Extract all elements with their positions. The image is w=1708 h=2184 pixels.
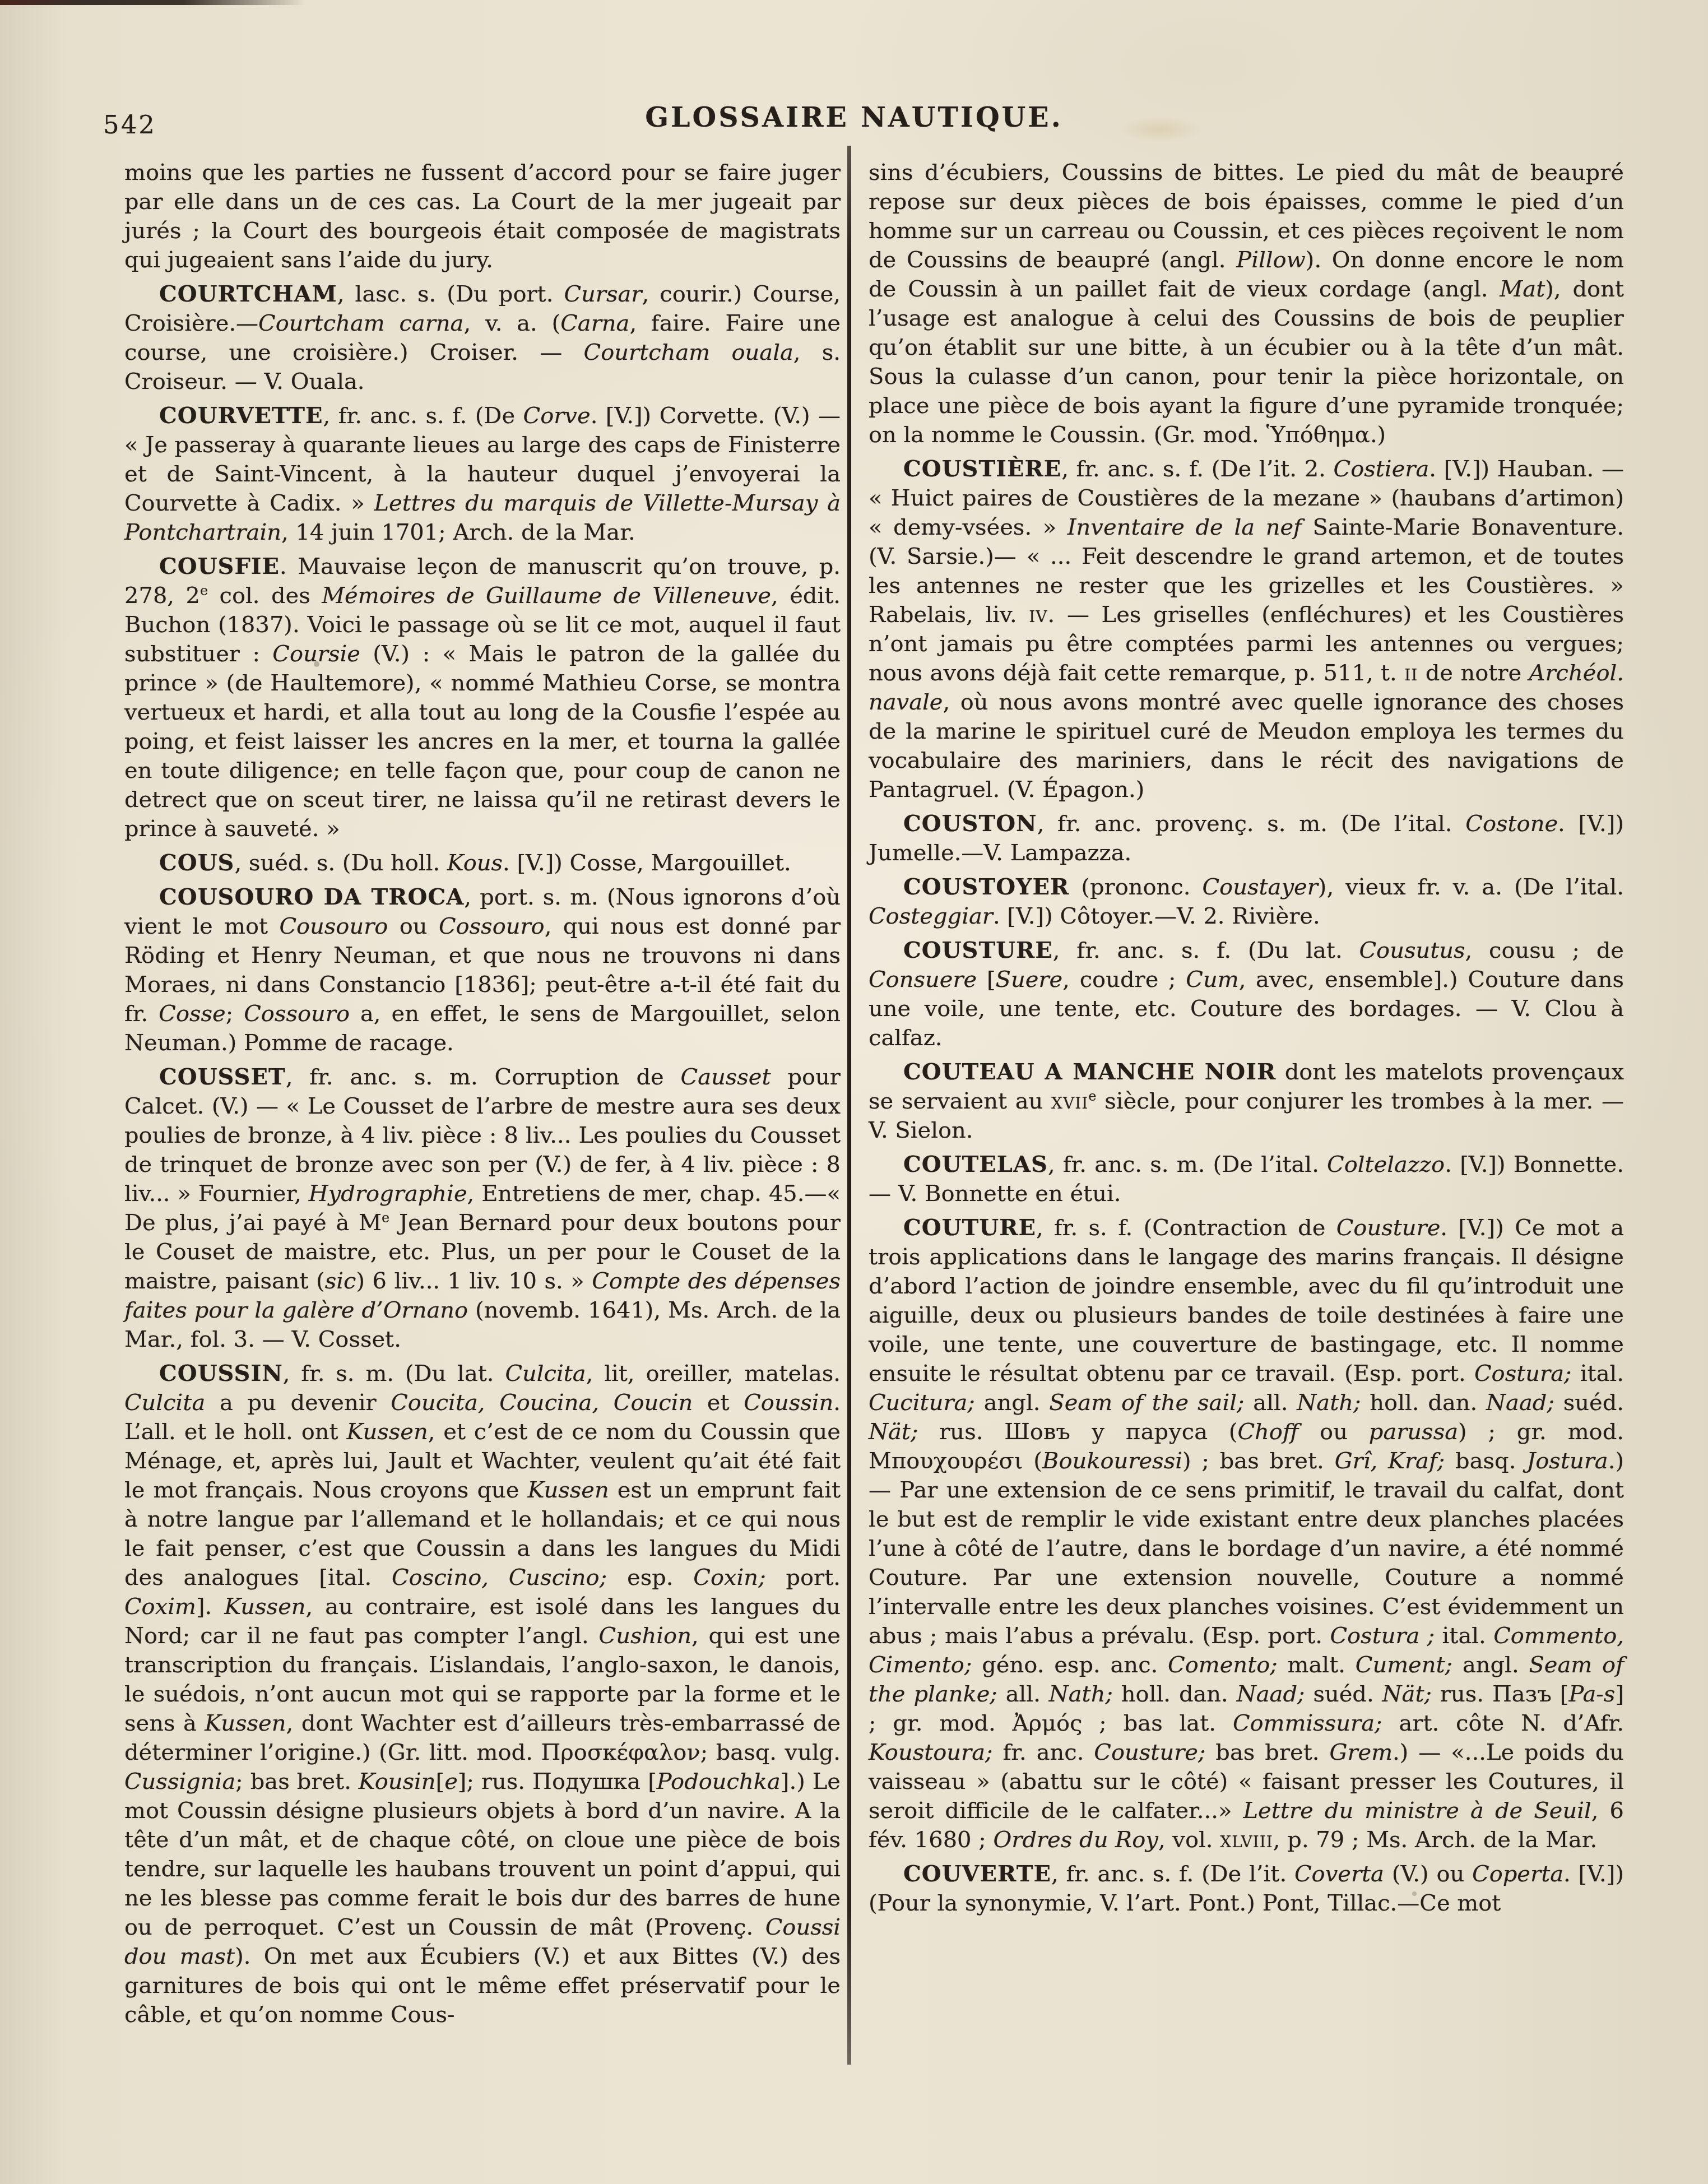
text-segment: (prononc.: [1069, 874, 1202, 900]
text-segment: [: [977, 967, 995, 993]
entry-paragraph: COURVETTE, fr. anc. s. f. (De Corve. [V.…: [124, 401, 841, 547]
headword: COUSTON: [903, 810, 1037, 837]
text-segment: Coursie: [272, 641, 360, 667]
entry-paragraph: COURTCHAM, lasc. s. (Du port. Cursar, co…: [124, 280, 841, 396]
text-segment: Carna: [560, 310, 629, 336]
text-segment: Kussen: [527, 1477, 609, 1503]
headword: COURVETTE: [159, 402, 323, 429]
text-segment: Cussignia: [124, 1769, 235, 1795]
text-segment: all.: [1244, 1390, 1297, 1416]
entry-paragraph: COUTEAU A MANCHE NOIR dont les matelots …: [869, 1058, 1624, 1145]
text-segment: Cument;: [1356, 1652, 1452, 1678]
entry-paragraph: COUSTON, fr. anc. provenç. s. m. (De l’i…: [869, 809, 1624, 868]
text-segment: col. des: [208, 583, 322, 609]
text-segment: Cousture;: [1094, 1740, 1205, 1765]
entry-paragraph: COUSSET, fr. anc. s. m. Corruption de Ca…: [124, 1063, 841, 1354]
text-segment: , suéd. s. (Du holl.: [234, 850, 447, 876]
text-segment: Kussen: [346, 1419, 428, 1445]
text-segment: Naad;: [1237, 1681, 1305, 1707]
text-segment: Suere: [996, 967, 1063, 993]
text-segment: Cossouro: [244, 1001, 350, 1027]
headword: COUSFIE: [159, 553, 280, 579]
headword: COUSTOYER: [903, 874, 1069, 900]
text-segment: ].: [196, 1594, 224, 1620]
headword: COUSSET: [159, 1064, 286, 1090]
text-segment: art. côte N. d’Afr.: [1382, 1710, 1624, 1736]
text-segment: , vol.: [1158, 1827, 1220, 1853]
text-segment: , fr. anc. s. f. (De: [323, 403, 523, 429]
text-segment: e: [200, 583, 208, 599]
text-segment: Culcita: [505, 1361, 586, 1387]
text-segment: ii: [1404, 660, 1418, 686]
text-segment: , fr. anc. provenç. s. m. (De l’ital.: [1037, 811, 1466, 837]
scanned-book-page: { "page": { "number": "542", "header": "…: [0, 0, 1708, 2184]
text-segment: bas bret.: [1205, 1740, 1329, 1765]
text-segment: Koustoura;: [869, 1740, 993, 1765]
text-segment: Cosse: [159, 1001, 225, 1027]
text-segment: ou: [1298, 1419, 1369, 1445]
text-segment: Cucitura;: [869, 1390, 975, 1416]
text-segment: holl. dan.: [1361, 1390, 1487, 1416]
headword: COUTURE: [903, 1214, 1036, 1241]
text-segment: , fr. anc. s. f. (De l’it.: [1051, 1861, 1294, 1887]
text-segment: suéd.: [1554, 1390, 1624, 1416]
text-segment: Coussin: [744, 1390, 833, 1416]
text-segment: . [V.]) Cosse, Margouillet.: [503, 850, 791, 876]
text-segment: sic: [325, 1268, 356, 1294]
text-segment: , fr. anc. s. f. (Du lat.: [1053, 938, 1359, 963]
text-segment: Commissura;: [1233, 1710, 1382, 1736]
text-segment: Courtcham carna: [258, 310, 463, 336]
text-segment: Coustayer: [1203, 874, 1318, 900]
text-segment: Coxin;: [693, 1565, 765, 1591]
text-segment: iv: [1029, 602, 1047, 628]
text-segment: Pillow: [1236, 247, 1306, 273]
text-segment: , cousu ; de: [1465, 938, 1624, 963]
text-segment: a pu devenir: [205, 1390, 391, 1416]
text-segment: (V.) ou: [1384, 1861, 1472, 1887]
text-segment: angl.: [1452, 1652, 1529, 1678]
text-segment: Coperta: [1472, 1861, 1563, 1887]
text-segment: , coudre ;: [1062, 967, 1186, 993]
text-segment: Costiera: [1334, 456, 1429, 482]
scan-edge-artifact: [0, 0, 305, 5]
text-segment: holl. dan.: [1113, 1681, 1237, 1707]
text-segment: , fr. anc. s. f. (De l’it. 2.: [1061, 456, 1333, 482]
text-segment: Hydrographie: [309, 1181, 467, 1207]
text-segment: Nath;: [1049, 1681, 1113, 1707]
text-segment: e: [444, 1769, 458, 1795]
headword: COUSTURE: [903, 937, 1053, 963]
text-segment: rus. Пазъ [: [1432, 1681, 1568, 1707]
text-segment: ;: [226, 1001, 244, 1027]
text-segment: Kussen: [205, 1710, 286, 1736]
text-segment: Grî, Kraf;: [1335, 1448, 1445, 1474]
continuation-paragraph: moins que les parties ne fussent d’accor…: [124, 158, 841, 275]
text-segment: Podouchka: [657, 1769, 781, 1795]
text-segment: Pa-s: [1568, 1681, 1615, 1707]
text-segment: Coscino, Cuscino;: [392, 1565, 607, 1591]
right-column: sins d’écubiers, Coussins de bittes. Le …: [869, 158, 1624, 1918]
text-segment: Kousin: [359, 1769, 436, 1795]
text-segment: e: [1088, 1088, 1096, 1104]
text-segment: Consuere: [869, 967, 977, 993]
entry-paragraph: COUTELAS, fr. anc. s. m. (De l’ital. Col…: [869, 1150, 1624, 1208]
text-segment: all.: [997, 1681, 1049, 1707]
text-segment: rus. Шовъ у паруса (: [918, 1419, 1237, 1445]
text-segment: (V.) : « Mais le patron de la gallée du …: [124, 641, 841, 842]
text-segment: , fr. anc. s. m. Corruption de: [286, 1064, 681, 1090]
text-segment: Boukouressi: [1042, 1448, 1182, 1474]
text-segment: xvii: [1051, 1088, 1088, 1114]
text-segment: e: [382, 1210, 389, 1226]
text-segment: et: [693, 1390, 744, 1416]
headword: COUTELAS: [903, 1151, 1048, 1177]
text-segment: ital.: [1435, 1623, 1493, 1649]
text-segment: port.: [766, 1565, 841, 1591]
text-segment: [: [436, 1769, 445, 1795]
entry-paragraph: COUVERTE, fr. anc. s. f. (De l’it. Cover…: [869, 1860, 1624, 1918]
text-segment: , p. 79 ; Ms. Arch. de la Mar.: [1273, 1827, 1597, 1853]
text-segment: parussa: [1369, 1419, 1458, 1445]
text-segment: , fr. anc. s. m. (De l’ital.: [1048, 1152, 1327, 1177]
text-segment: , lit, oreiller, matelas.: [586, 1361, 841, 1387]
continuation-paragraph: sins d’écubiers, Coussins de bittes. Le …: [869, 158, 1624, 449]
text-segment: Courtcham ouala: [584, 340, 793, 365]
text-segment: Costeggiar: [869, 903, 993, 929]
text-segment: ; bas bret.: [235, 1769, 359, 1795]
headword: COUSSIN: [159, 1360, 283, 1387]
text-segment: , v. a. (: [463, 310, 560, 336]
text-segment: Costone: [1465, 811, 1558, 837]
text-segment: ]; rus. Подушка [: [458, 1769, 657, 1795]
text-segment: Culcita: [124, 1390, 205, 1416]
text-segment: .) — Par une extension de ce sens primit…: [869, 1448, 1624, 1649]
entry-paragraph: COUSTURE, fr. anc. s. f. (Du lat. Cousut…: [869, 936, 1624, 1052]
text-segment: Kous: [447, 850, 503, 876]
text-segment: Cousture: [1336, 1215, 1441, 1241]
headword: COUSTIÈRE: [903, 456, 1061, 482]
running-header: GLOSSAIRE NAUTIQUE.: [0, 101, 1708, 133]
text-segment: ) 6 liv... 1 liv. 10 s. »: [356, 1268, 592, 1294]
text-segment: Seam of the sail;: [1049, 1390, 1244, 1416]
text-segment: Ordres du Roy: [993, 1827, 1158, 1853]
text-segment: Coucita, Coucina, Coucin: [391, 1390, 693, 1416]
text-segment: , fr. s. f. (Contraction de: [1036, 1215, 1336, 1241]
entry-paragraph: COUSTIÈRE, fr. anc. s. f. (De l’it. 2. C…: [869, 455, 1624, 804]
text-segment: Cousouro: [279, 914, 388, 939]
entry-paragraph: COUSSIN, fr. s. m. (Du lat. Culcita, lit…: [124, 1359, 841, 2029]
text-segment: Causset: [681, 1064, 771, 1090]
text-segment: Grem: [1329, 1740, 1393, 1765]
text-segment: , 14 juin 1701; Arch. de la Mar.: [281, 520, 635, 545]
text-segment: , fr. s. m. (Du lat.: [283, 1361, 505, 1387]
text-segment: Costura;: [1474, 1361, 1572, 1387]
text-segment: Corve: [523, 403, 591, 429]
text-segment: de notre: [1418, 660, 1529, 686]
entry-paragraph: COUSTOYER (prononc. Coustayer), vieux fr…: [869, 873, 1624, 931]
entry-paragraph: COUSFIE. Mauvaise leçon de manuscrit qu’…: [124, 552, 841, 843]
text-segment: Coverta: [1294, 1861, 1384, 1887]
headword: COUTEAU A MANCHE NOIR: [903, 1059, 1276, 1085]
text-segment: Cossouro: [439, 914, 545, 939]
text-segment: Nät;: [869, 1419, 918, 1445]
text-segment: ital.: [1571, 1361, 1624, 1387]
text-segment: Coxim: [124, 1594, 196, 1620]
text-segment: Lettre du ministre à de Seuil: [1243, 1798, 1591, 1824]
text-segment: basq.: [1445, 1448, 1526, 1474]
text-segment: Kussen: [224, 1594, 305, 1620]
text-segment: Comento;: [1168, 1652, 1278, 1678]
text-segment: Inventaire de la nef: [1067, 514, 1313, 540]
text-segment: ) ; bas bret.: [1182, 1448, 1335, 1474]
entry-paragraph: COUS, suéd. s. (Du holl. Kous. [V.]) Cos…: [124, 848, 841, 878]
entry-paragraph: COUTURE, fr. s. f. (Contraction de Coust…: [869, 1213, 1624, 1854]
text-segment: ), vieux fr. v. a. (De l’ital.: [1318, 874, 1624, 900]
text-segment: xlviii: [1220, 1827, 1273, 1853]
text-segment: angl.: [975, 1390, 1049, 1416]
text-segment: Mat: [1500, 276, 1545, 302]
headword: COURTCHAM: [159, 281, 337, 307]
headword: COUVERTE: [903, 1861, 1051, 1887]
headword: COUS: [159, 850, 234, 876]
text-segment: , lasc. s. (Du port.: [337, 281, 564, 307]
column-divider-rule: [847, 146, 851, 2065]
entry-paragraph: COUSOURO DA TROCA, port. s. m. (Nous ign…: [124, 883, 841, 1058]
text-segment: Nath;: [1297, 1390, 1361, 1416]
text-segment: ou: [388, 914, 438, 939]
text-segment: suéd.: [1305, 1681, 1382, 1707]
text-segment: , où nous avons montré avec quelle ignor…: [869, 689, 1624, 803]
text-segment: fr. anc.: [993, 1740, 1094, 1765]
text-segment: géno. esp. anc.: [972, 1652, 1168, 1678]
text-segment: Choff: [1237, 1419, 1298, 1445]
text-segment: Cum: [1186, 967, 1238, 993]
text-segment: Cushion: [599, 1623, 691, 1649]
text-segment: esp.: [607, 1565, 693, 1591]
text-segment: . [V.]) Côtoyer.—V. 2. Rivière.: [993, 903, 1320, 929]
text-segment: Costura ;: [1330, 1623, 1435, 1649]
text-segment: Naad;: [1486, 1390, 1554, 1416]
headword: COUSOURO DA TROCA: [159, 884, 464, 910]
text-segment: Mémoires de Guillaume de Villeneuve: [322, 583, 771, 609]
text-segment: Cousutus: [1359, 938, 1465, 963]
text-segment: Cursar: [564, 281, 642, 307]
text-segment: Coltelazzo: [1327, 1152, 1445, 1177]
text-segment: moins que les parties ne fussent d’accor…: [124, 160, 841, 273]
text-segment: Jostura: [1526, 1448, 1608, 1474]
text-segment: Nät;: [1382, 1681, 1432, 1707]
left-column: moins que les parties ne fussent d’accor…: [124, 158, 841, 2029]
text-segment: malt.: [1278, 1652, 1356, 1678]
